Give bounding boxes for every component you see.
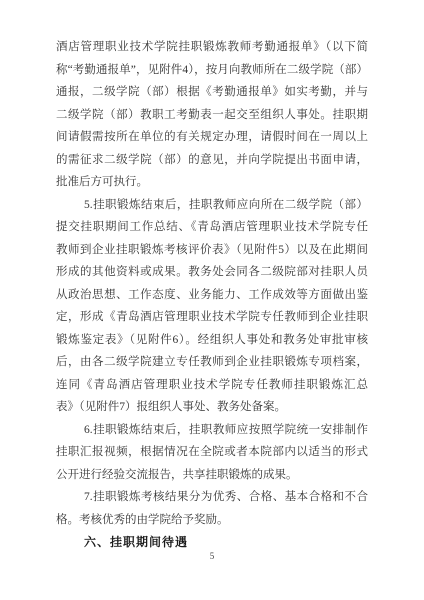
document-body: 酒店管理职业技术学院挂职锻炼教师考勤通报单》（以下简 称“考勤通报单”，见附件4…	[56, 36, 368, 554]
body-line: 从政治思想、工作态度、业务能力、工作成效等方面做出鉴	[56, 284, 368, 307]
body-line: 教师到企业挂职锻炼考核评价表》（见附件5）以及在此期间	[56, 239, 368, 262]
body-line: 二级学院（部）教职工考勤表一起交至组织人事处。挂职期	[56, 104, 368, 127]
document-page: 酒店管理职业技术学院挂职锻炼教师考勤通报单》（以下简 称“考勤通报单”，见附件4…	[0, 0, 424, 600]
body-line: 提交挂职期间工作总结、《青岛酒店管理职业技术学院专任	[56, 216, 368, 239]
body-line: 称“考勤通报单”，见附件4），按月向教师所在二级学院（部）	[56, 59, 368, 82]
body-line-item-5: 5.挂职锻炼结束后，挂职教师应向所在二级学院（部）	[56, 194, 368, 217]
body-line: 间请假需按所在单位的有关规定办理，请假时间在一周以上	[56, 126, 368, 149]
body-line: 锻炼鉴定表》（见附件6）。经组织人事处和教务处审批审核	[56, 329, 368, 352]
body-line: 公开进行经验交流报告，共享挂职锻炼的成果。	[56, 464, 368, 487]
page-number: 5	[0, 549, 424, 563]
body-line: 酒店管理职业技术学院挂职锻炼教师考勤通报单》（以下简	[56, 36, 368, 59]
body-line: 后，由各二级学院建立专任教师到企业挂职锻炼专项档案，	[56, 351, 368, 374]
body-line: 的需征求二级学院（部）的意见，并向学院提出书面申请，	[56, 149, 368, 172]
body-line: 连同《青岛酒店管理职业技术学院专任教师挂职锻炼汇总	[56, 374, 368, 397]
body-line-item-6: 6.挂职锻炼结束后，挂职教师应按照学院统一安排制作	[56, 419, 368, 442]
body-line: 批准后方可执行。	[56, 171, 368, 194]
body-line: 通报，二级学院（部）根据《考勤通报单》如实考勤，并与	[56, 81, 368, 104]
body-line: 挂职汇报视频，根据情况在全院或者本院部内以适当的形式	[56, 441, 368, 464]
body-line: 形成的其他资料或成果。教务处会同各二级院部对挂职人员	[56, 261, 368, 284]
body-line: 定，形成《青岛酒店管理职业技术学院专任教师到企业挂职	[56, 306, 368, 329]
body-line-item-7: 7.挂职锻炼考核结果分为优秀、合格、基本合格和不合	[56, 486, 368, 509]
body-line: 格。考核优秀的由学院给予奖励。	[56, 509, 368, 532]
body-line: 表》（见附件7）报组织人事处、教务处备案。	[56, 396, 368, 419]
